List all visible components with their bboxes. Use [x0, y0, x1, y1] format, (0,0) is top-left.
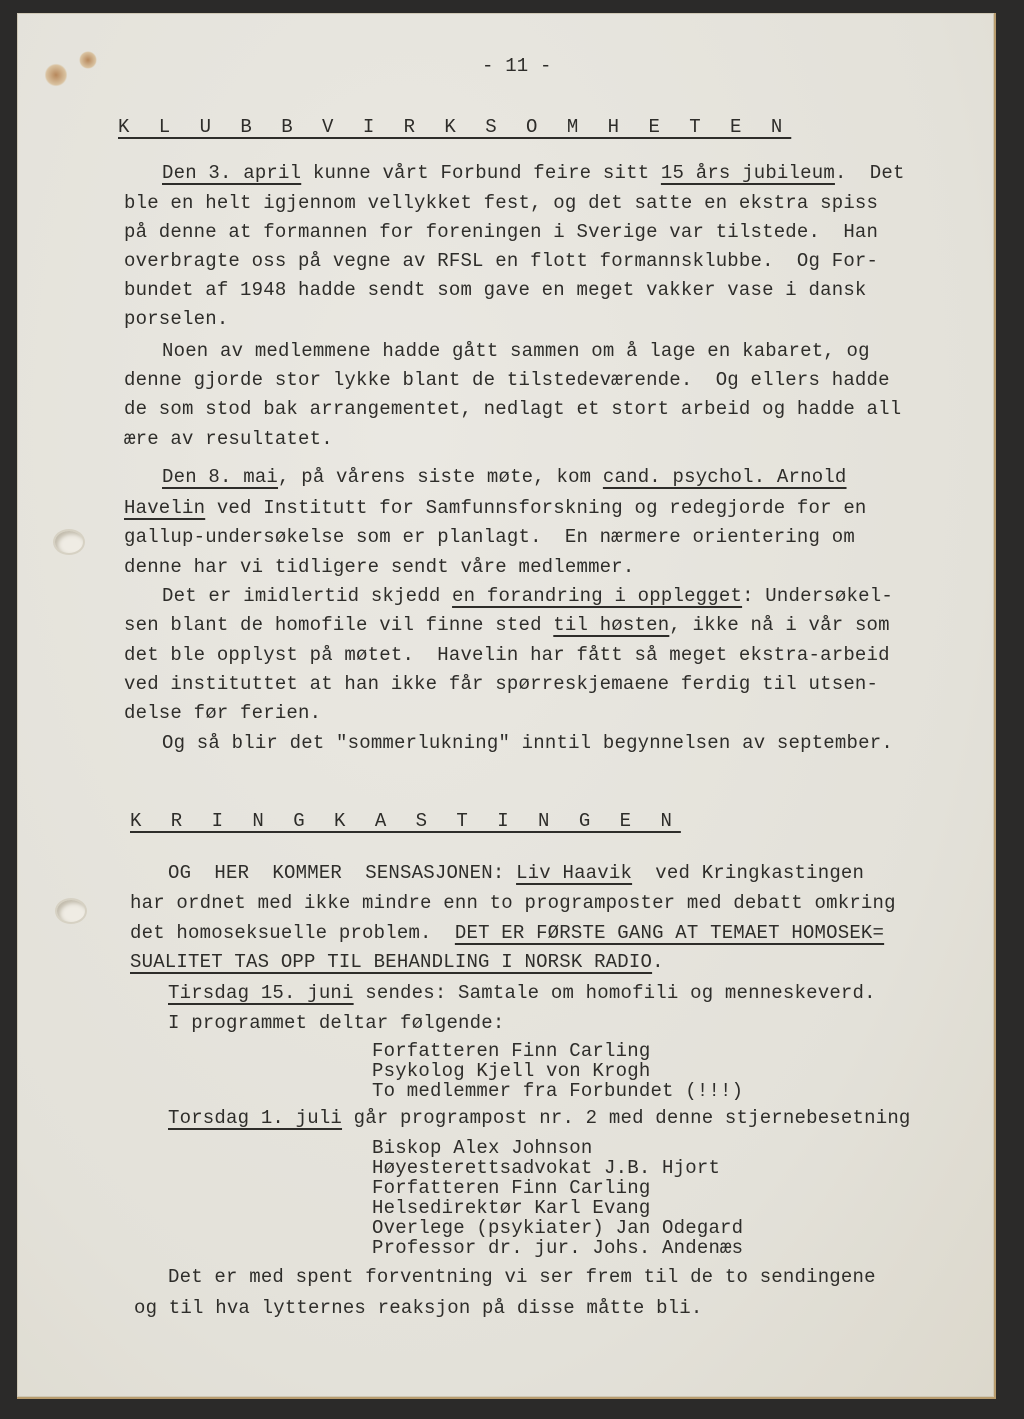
- underlined-text: en forandring i opplegget: [452, 585, 742, 607]
- participant-item: Overlege (psykiater) Jan Odegard: [372, 1217, 743, 1239]
- text: Og så blir det "sommerlukning" inntil be…: [162, 732, 893, 754]
- paragraph-line: ble en helt igjennom vellykket fest, og …: [124, 192, 878, 214]
- paragraph-line: porselen.: [124, 308, 228, 330]
- text: Helsedirektør Karl Evang: [372, 1197, 650, 1219]
- text: Det er imidlertid skjedd: [162, 585, 452, 607]
- paragraph-line: denne gjorde stor lykke blant de tilsted…: [124, 369, 890, 391]
- paragraph-line: denne har vi tidligere sendt våre medlem…: [124, 556, 634, 578]
- paragraph-line: ved instituttet at han ikke får spørresk…: [124, 673, 878, 695]
- paragraph-line: det homoseksuelle problem. DET ER FØRSTE…: [130, 922, 884, 944]
- underlined-text: Havelin: [124, 497, 205, 519]
- text: ære av resultatet.: [124, 428, 333, 450]
- text: ved Kringkastingen: [632, 862, 864, 884]
- punch-hole: [55, 531, 83, 553]
- text: denne har vi tidligere sendt våre medlem…: [124, 556, 634, 578]
- text: Forfatteren Finn Carling: [372, 1177, 650, 1199]
- participant-item: Helsedirektør Karl Evang: [372, 1197, 650, 1219]
- underlined-text: til høsten: [553, 614, 669, 636]
- paragraph-line: I programmet deltar følgende:: [168, 1012, 504, 1034]
- text: Overlege (psykiater) Jan Odegard: [372, 1217, 743, 1239]
- text: Høyesterettsadvokat J.B. Hjort: [372, 1157, 720, 1179]
- underlined-text: Den 3. april: [162, 162, 301, 184]
- paragraph-line: Den 8. mai, på vårens siste møte, kom ca…: [162, 466, 847, 488]
- participant-item: Forfatteren Finn Carling: [372, 1040, 650, 1062]
- participant-item: Psykolog Kjell von Krogh: [372, 1060, 650, 1082]
- participant-item: Biskop Alex Johnson: [372, 1137, 592, 1159]
- underlined-text: 15 års jubileum: [661, 162, 835, 184]
- paragraph-line: bundet af 1948 hadde sendt som gave en m…: [124, 279, 867, 301]
- paragraph-line: sen blant de homofile vil finne sted til…: [124, 614, 890, 636]
- paragraph-line: de som stod bak arrangementet, nedlagt e…: [124, 398, 901, 420]
- text: de som stod bak arrangementet, nedlagt e…: [124, 398, 901, 420]
- participant-item: Professor dr. jur. Johs. Andenæs: [372, 1237, 743, 1259]
- underlined-text: cand. psychol. Arnold: [603, 466, 847, 488]
- participant-item: Forfatteren Finn Carling: [372, 1177, 650, 1199]
- paragraph-line: Noen av medlemmene hadde gått sammen om …: [162, 340, 870, 362]
- section-heading-kringkastingen: K R I N G K A S T I N G E N: [130, 810, 681, 832]
- text: Noen av medlemmene hadde gått sammen om …: [162, 340, 870, 362]
- section-heading-klubbvirksomheten: K L U B B V I R K S O M H E T E N: [118, 116, 791, 138]
- paragraph-line: Og så blir det "sommerlukning" inntil be…: [162, 732, 893, 754]
- underlined-text: Torsdag 1. juli: [168, 1107, 342, 1129]
- paragraph-line: Tirsdag 15. juni sendes: Samtale om homo…: [168, 982, 876, 1004]
- paragraph-line: delse før ferien.: [124, 702, 321, 724]
- text: I programmet deltar følgende:: [168, 1012, 504, 1034]
- text: og til hva lytternes reaksjon på disse m…: [134, 1297, 703, 1319]
- text: Professor dr. jur. Johs. Andenæs: [372, 1237, 743, 1259]
- paper-damage: [79, 51, 97, 69]
- text: Psykolog Kjell von Krogh: [372, 1060, 650, 1082]
- text: denne gjorde stor lykke blant de tilsted…: [124, 369, 890, 391]
- paragraph-line: Det er med spent forventning vi ser frem…: [168, 1266, 876, 1288]
- underlined-text: Tirsdag 15. juni: [168, 982, 354, 1004]
- text: har ordnet med ikke mindre enn to progra…: [130, 892, 896, 914]
- paragraph-line: overbragte oss på vegne av RFSL en flott…: [124, 250, 878, 272]
- paragraph-line: SUALITET TAS OPP TIL BEHANDLING I NORSK …: [130, 951, 664, 973]
- participant-item: Høyesterettsadvokat J.B. Hjort: [372, 1157, 720, 1179]
- paragraph-line: på denne at formannen for foreningen i S…: [124, 221, 878, 243]
- text: , på vårens siste møte, kom: [278, 466, 603, 488]
- text: det ble opplyst på møtet. Havelin har få…: [124, 644, 890, 666]
- punch-hole: [57, 900, 85, 922]
- text: .: [652, 951, 664, 973]
- text: OG HER KOMMER SENSASJONEN:: [168, 862, 516, 884]
- text: går programpost nr. 2 med denne stjerneb…: [342, 1107, 911, 1129]
- text: det homoseksuelle problem.: [130, 922, 455, 944]
- text: Forfatteren Finn Carling: [372, 1040, 650, 1062]
- paragraph-line: Den 3. april kunne vårt Forbund feire si…: [162, 162, 905, 184]
- text: , ikke nå i vår som: [669, 614, 889, 636]
- paragraph-line: ære av resultatet.: [124, 428, 333, 450]
- paragraph-line: og til hva lytternes reaksjon på disse m…: [134, 1297, 703, 1319]
- text: kunne vårt Forbund feire sitt: [301, 162, 661, 184]
- paragraph-line: har ordnet med ikke mindre enn to progra…: [130, 892, 896, 914]
- text: sen blant de homofile vil finne sted: [124, 614, 553, 636]
- paragraph-line: gallup-undersøkelse som er planlagt. En …: [124, 526, 855, 548]
- text: Det er med spent forventning vi ser frem…: [168, 1266, 876, 1288]
- text: To medlemmer fra Forbundet (!!!): [372, 1080, 743, 1102]
- text: gallup-undersøkelse som er planlagt. En …: [124, 526, 855, 548]
- paragraph-line: OG HER KOMMER SENSASJONEN: Liv Haavik ve…: [168, 862, 864, 884]
- paragraph-line: Havelin ved Institutt for Samfunnsforskn…: [124, 497, 867, 519]
- text: bundet af 1948 hadde sendt som gave en m…: [124, 279, 867, 301]
- underlined-text: Den 8. mai: [162, 466, 278, 488]
- page-number: - 11 -: [482, 55, 552, 77]
- text: overbragte oss på vegne av RFSL en flott…: [124, 250, 878, 272]
- text: sendes: Samtale om homofili og menneskev…: [354, 982, 876, 1004]
- text: : Undersøkel-: [742, 585, 893, 607]
- underlined-text: DET ER FØRSTE GANG AT TEMAET HOMOSEK=: [455, 922, 884, 944]
- text: delse før ferien.: [124, 702, 321, 724]
- paragraph-line: det ble opplyst på møtet. Havelin har få…: [124, 644, 890, 666]
- text: ved instituttet at han ikke får spørresk…: [124, 673, 878, 695]
- underlined-text: SUALITET TAS OPP TIL BEHANDLING I NORSK …: [130, 951, 652, 973]
- paragraph-line: Det er imidlertid skjedd en forandring i…: [162, 585, 893, 607]
- text: på denne at formannen for foreningen i S…: [124, 221, 878, 243]
- text: . Det: [835, 162, 905, 184]
- text: porselen.: [124, 308, 228, 330]
- paper-damage: [45, 63, 67, 87]
- text: Biskop Alex Johnson: [372, 1137, 592, 1159]
- paragraph-line: Torsdag 1. juli går programpost nr. 2 me…: [168, 1107, 911, 1129]
- participant-item: To medlemmer fra Forbundet (!!!): [372, 1080, 743, 1102]
- text: ved Institutt for Samfunnsforskning og r…: [205, 497, 866, 519]
- text: ble en helt igjennom vellykket fest, og …: [124, 192, 878, 214]
- underlined-text: Liv Haavik: [516, 862, 632, 884]
